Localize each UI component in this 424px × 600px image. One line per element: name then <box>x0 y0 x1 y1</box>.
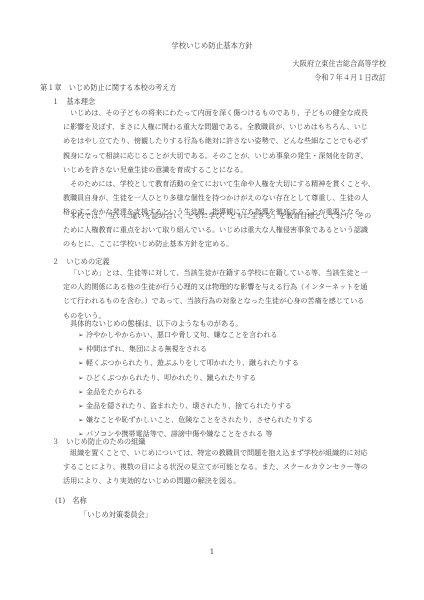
revision-date: 令和７年４月１日改訂 <box>314 74 386 81</box>
paragraph-line: 教職員自身が、生徒を一人ひとり多様な個性を持つかけがえのない存在として尊重し、生… <box>63 191 375 205</box>
page-number: 1 <box>0 549 424 556</box>
paragraph-line: に影響を及ぼす、まさに人権に関わる重大な問題である。全教職員が、いじめはもちろん… <box>63 120 375 134</box>
paragraph-line: 本校では、「互いに違いを認め合い、ともに学び、ともに生きる」を教育目標としており… <box>63 209 371 223</box>
paragraph-line: することにより、複数の目による状況の見立てが可能となる。また、スクールカウンセラ… <box>63 460 368 474</box>
section-3-heading: ３ いじめ防止のための組織 <box>52 438 145 445</box>
paragraph-line: そのためには、学校として教育活動の全てにおいて生命や人権を大切にする精神を貫くこ… <box>63 177 375 191</box>
section-1-body-2: 本校では、「互いに違いを認め合い、ともに学び、ともに生きる」を教育目標としており… <box>63 209 371 252</box>
section-1-body: いじめは、その子どもの将来にわたって内面を深く傷つけるものであり、子どもの健全な… <box>63 106 375 220</box>
arrow-bullet-icon: ➢ <box>78 413 86 427</box>
arrow-bullet-icon: ➢ <box>78 385 86 399</box>
document-page: 学校いじめ防止基本方針 大阪府立東住吉総合高等学校 令和７年４月１日改訂 第１章… <box>0 0 424 600</box>
subsection-heading: (1) 名称 <box>55 497 87 504</box>
committee-name: 「いじめ対策委員会」 <box>80 511 152 518</box>
paragraph-line: 組織を置くことで、いじめについては、特定の教職員で問題を抱え込まず学校が組織的に… <box>63 446 368 460</box>
list-item: ➢仲間はずれ、集団による無視をされる <box>78 342 313 356</box>
arrow-bullet-icon: ➢ <box>78 356 86 370</box>
paragraph-line: いじめを許さない児童生徒の意識を育成することになる。 <box>63 163 375 177</box>
list-item: ➢ひどくぶつかられたり、叩かれたり、蹴られたりする <box>78 371 313 385</box>
school-name: 大阪府立東住吉総合高等学校 <box>293 60 386 67</box>
list-item: ➢軽くぶつかられたり、遊ぶふりをして叩かれたり、蹴られたりする <box>78 356 313 370</box>
paragraph-line: 親身になって相談に応じることが大切である。そのことが、いじめ事象の発生・深刻化を… <box>63 149 375 163</box>
section-2-heading: ２ いじめの定義 <box>52 258 110 265</box>
arrow-bullet-icon: ➢ <box>78 399 86 413</box>
examples-list: ➢冷やかしやからかい、悪口や脅し文句、嫌なことを言われる ➢仲間はずれ、集団によ… <box>78 328 313 442</box>
chapter-heading: 第１章 いじめ防止に関する本校の考え方 <box>40 84 177 91</box>
section-2-body: 「いじめ」とは、生徒等に対して、当該生徒が在籍する学校に在籍している等、当該生徒… <box>63 266 368 323</box>
list-item: ➢冷やかしやからかい、悪口や脅し文句、嫌なことを言われる <box>78 328 313 342</box>
arrow-bullet-icon: ➢ <box>78 371 86 385</box>
arrow-bullet-icon: ➢ <box>78 328 86 342</box>
paragraph-line: めをはやし立てたり、傍観したりする行為も絶対に許さない姿勢で、どんな些細なことで… <box>63 134 375 148</box>
examples-intro: 具体的ないじめの態様は、以下のようなものがある。 <box>70 320 243 327</box>
document-title: 学校いじめ防止基本方針 <box>0 42 424 49</box>
paragraph-line: じて行われるものを含む。）であって、当該行為の対象となった生徒が心身の苦痛を感じ… <box>63 294 368 308</box>
arrow-bullet-icon: ➢ <box>78 342 86 356</box>
paragraph-line: ために人権教育に重点をおいて取り組んでいる。いじめは重大な人権侵害事象であるとい… <box>63 223 371 237</box>
paragraph-line: のもとに、ここに学校いじめ防止基本方針を定める。 <box>63 237 371 251</box>
section-1-heading: １ 基本理念 <box>52 98 95 105</box>
list-item: ➢金品を隠されたり、盗まれたり、壊されたり、捨てられたりする <box>78 399 313 413</box>
paragraph-line: 定の人的関係にある他の生徒が行う心理的又は物理的な影響を与える行為（インターネッ… <box>63 280 368 294</box>
paragraph-line: いじめは、その子どもの将来にわたって内面を深く傷つけるものであり、子どもの健全な… <box>63 106 375 120</box>
paragraph-line: 活用により、より実効的ないじめの問題の解決を図る。 <box>63 474 368 488</box>
section-3-body: 組織を置くことで、いじめについては、特定の教職員で問題を抱え込まず学校が組織的に… <box>63 446 368 489</box>
list-item: ➢嫌なことや恥ずかしいこと、危険なことをされたり、させられたりする <box>78 413 313 427</box>
paragraph-line: 「いじめ」とは、生徒等に対して、当該生徒が在籍する学校に在籍している等、当該生徒… <box>63 266 368 280</box>
list-item: ➢金品をたかられる <box>78 385 313 399</box>
